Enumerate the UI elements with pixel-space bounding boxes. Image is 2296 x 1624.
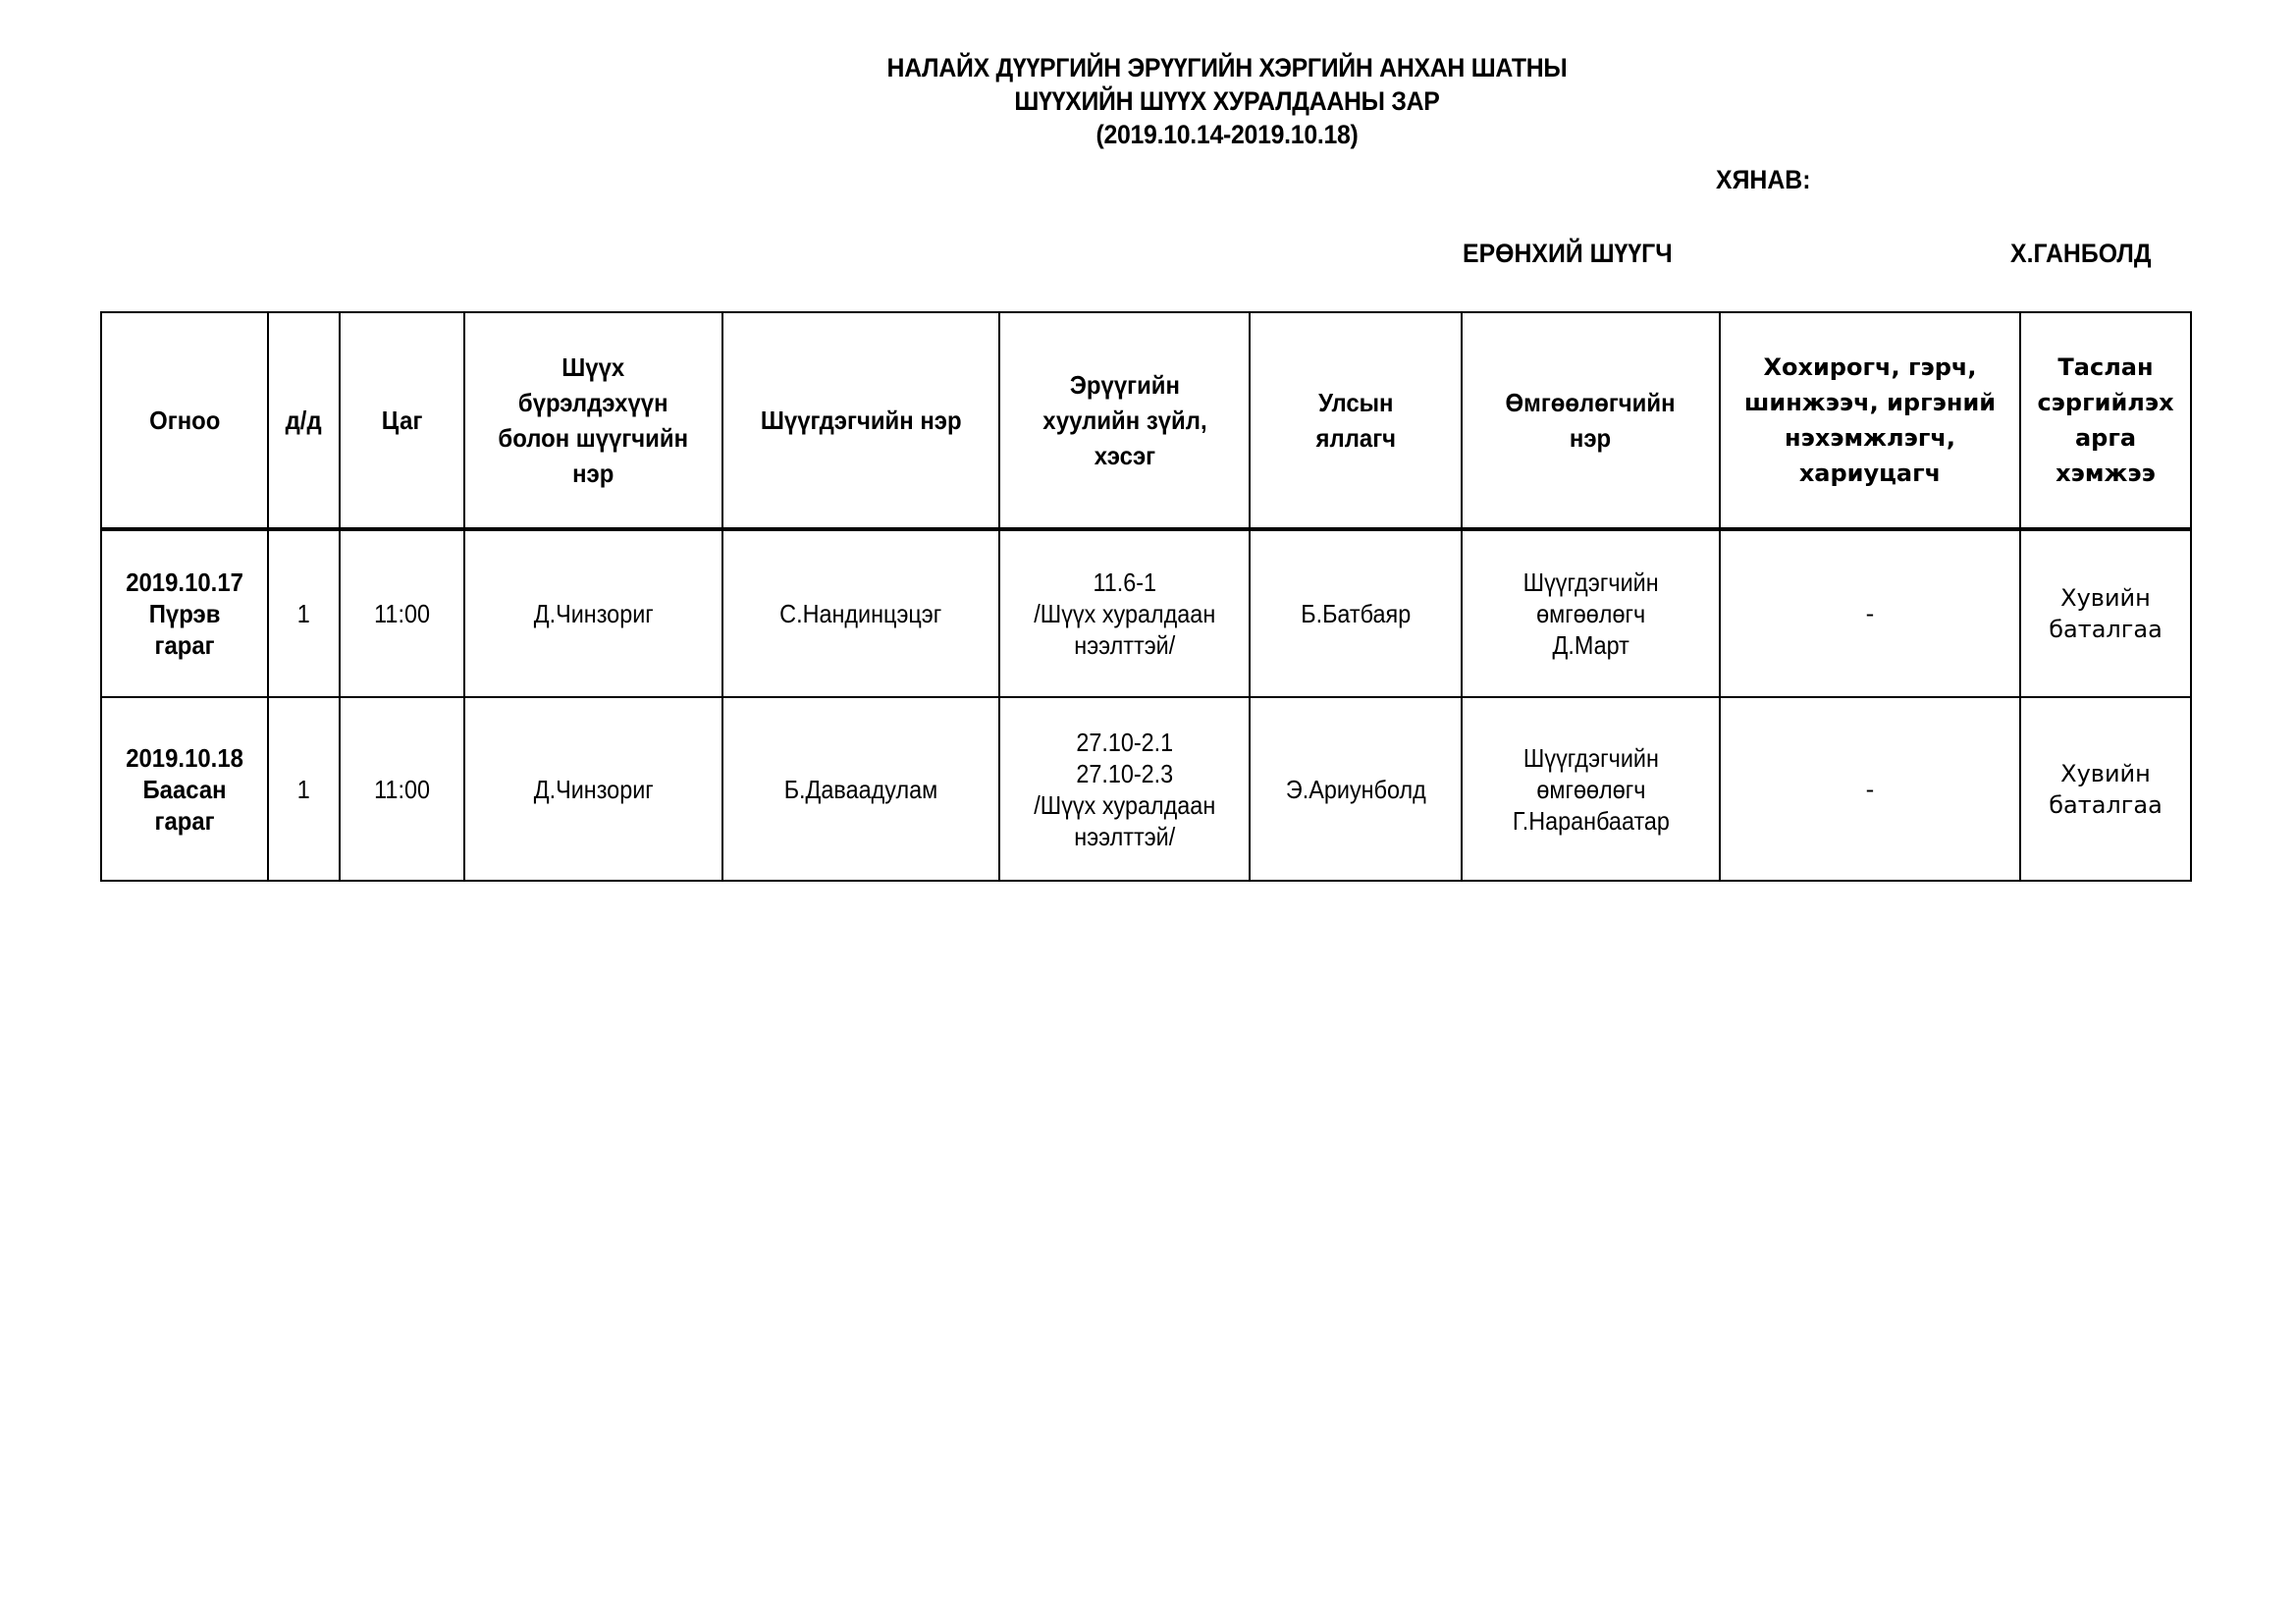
cell-defendant: С.Нандинцэцэг — [722, 529, 999, 697]
cell-victim: - — [1720, 697, 2020, 881]
cell-victim: - — [1720, 529, 2020, 697]
cell-time: 11:00 — [340, 529, 464, 697]
cell-date: 2019.10.18Баасангараг — [101, 697, 268, 881]
header-prosecutor: Улсыняллагч — [1250, 312, 1462, 529]
title-line-2: ШҮҮХИЙН ШҮҮХ ХУРАЛДААНЫ ЗАР — [730, 84, 1724, 118]
table-row: 2019.10.17Пүрэвгараг 1 11:00 Д.Чинзориг … — [101, 529, 2191, 697]
cell-prosecutor: Б.Батбаяр — [1250, 529, 1462, 697]
title-line-1: НАЛАЙХ ДҮҮРГИЙН ЭРҮҮГИЙН ХЭРГИЙН АНХАН Ш… — [730, 51, 1724, 84]
header-time: Цаг — [340, 312, 464, 529]
chief-judge-name: Х.ГАНБОЛД — [2010, 239, 2152, 269]
hearing-schedule-table: Огноо д/д Цаг Шүүхбүрэлдэхүүнболон шүүгч… — [100, 311, 2192, 882]
header-defendant: Шүүгдэгчийн нэр — [722, 312, 999, 529]
cell-number: 1 — [268, 529, 340, 697]
approve-label: ХЯНАВ: — [1716, 165, 1811, 195]
cell-prosecutor: Э.Ариунболд — [1250, 697, 1462, 881]
header-date: Огноо — [101, 312, 268, 529]
header-lawyer: Өмгөөлөгчийннэр — [1462, 312, 1720, 529]
cell-time: 11:00 — [340, 697, 464, 881]
cell-measure: Хувийнбаталгаа — [2020, 697, 2191, 881]
cell-judge: Д.Чинзориг — [464, 697, 722, 881]
chief-judge-role: ЕРӨНХИЙ ШҮҮГЧ — [1463, 239, 1673, 269]
table-header-row: Огноо д/д Цаг Шүүхбүрэлдэхүүнболон шүүгч… — [101, 312, 2191, 529]
cell-articles: 11.6-1/Шүүх хуралдааннээлттэй/ — [999, 529, 1250, 697]
title-date-range: (2019.10.14-2019.10.18) — [730, 118, 1724, 151]
cell-judge: Д.Чинзориг — [464, 529, 722, 697]
cell-lawyer: ШүүгдэгчийнөмгөөлөгчД.Март — [1462, 529, 1720, 697]
header-preventive-measure: Таслансэргийлэхаргахэмжээ — [2020, 312, 2191, 529]
table-row: 2019.10.18Баасангараг 1 11:00 Д.Чинзориг… — [101, 697, 2191, 881]
header-criminal-law-article: Эрүүгийнхуулийн зүйл,хэсэг — [999, 312, 1250, 529]
cell-number: 1 — [268, 697, 340, 881]
cell-articles: 27.10-2.127.10-2.3/Шүүх хуралдааннээлттэ… — [999, 697, 1250, 881]
cell-date: 2019.10.17Пүрэвгараг — [101, 529, 268, 697]
cell-lawyer: ШүүгдэгчийнөмгөөлөгчГ.Наранбаатар — [1462, 697, 1720, 881]
header-court-composition: Шүүхбүрэлдэхүүнболон шүүгчийннэр — [464, 312, 722, 529]
cell-measure: Хувийнбаталгаа — [2020, 529, 2191, 697]
document-title: НАЛАЙХ ДҮҮРГИЙН ЭРҮҮГИЙН ХЭРГИЙН АНХАН Ш… — [687, 51, 1767, 151]
cell-defendant: Б.Даваадулам — [722, 697, 999, 881]
header-victim-witness: Хохирогч, гэрч,шинжээч, иргэнийнэхэмжлэг… — [1720, 312, 2020, 529]
header-number: д/д — [268, 312, 340, 529]
